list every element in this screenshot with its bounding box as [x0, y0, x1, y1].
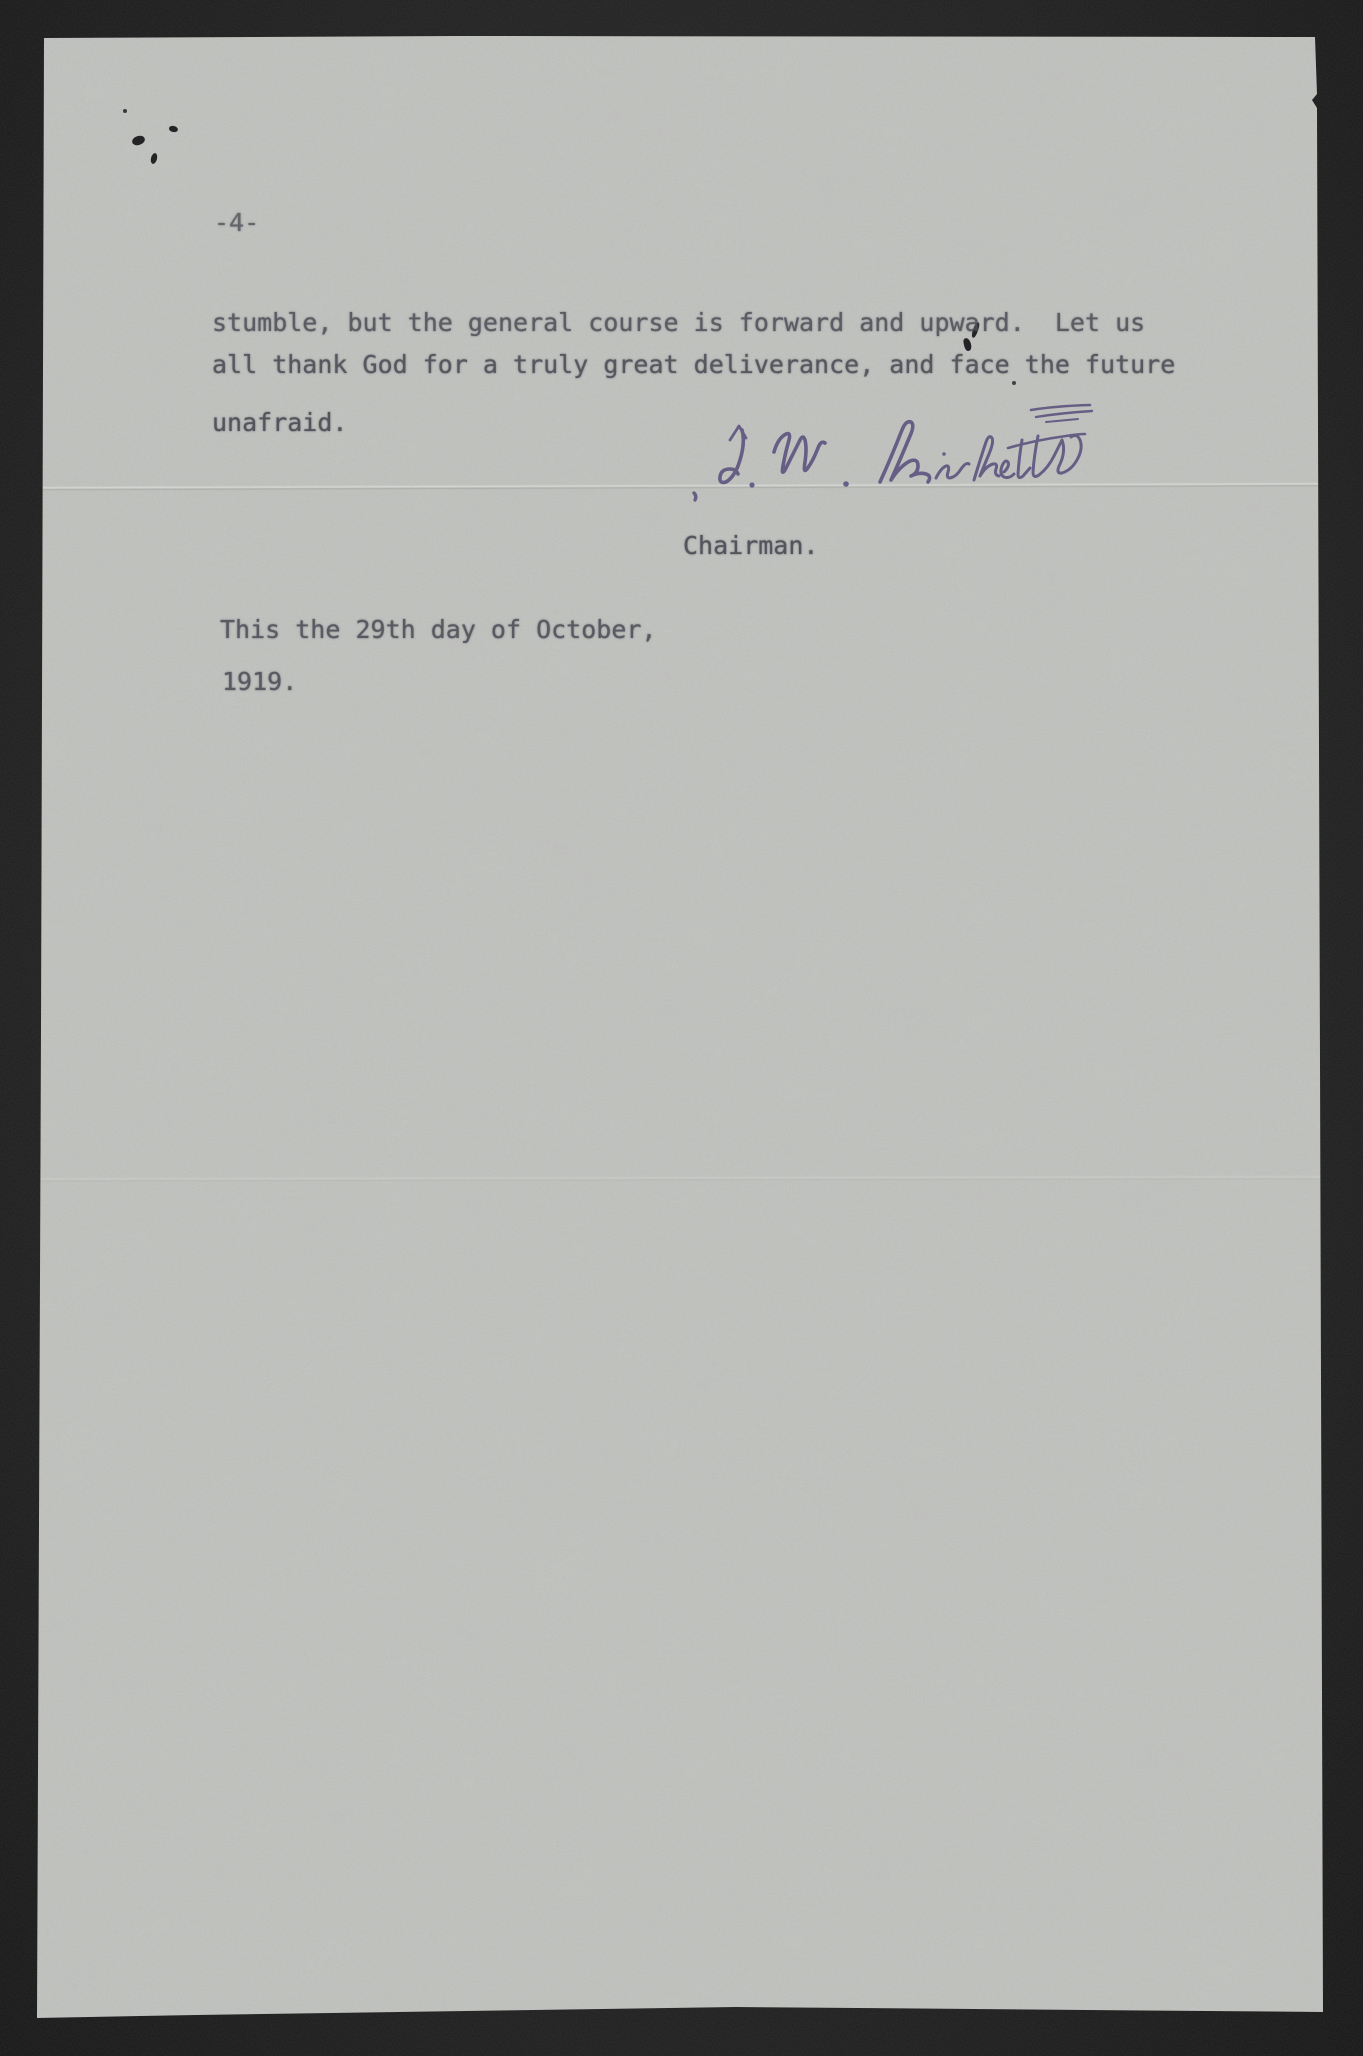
- ink-speck: [123, 109, 127, 113]
- body-line-3: unafraid.: [212, 410, 347, 435]
- scanned-letter-page: -4- stumble, but the general course is f…: [0, 0, 1363, 2056]
- fold-crease-lower: [30, 1175, 1330, 1182]
- handwritten-signature: [686, 396, 1098, 524]
- body-line-1: stumble, but the general course is forwa…: [212, 310, 1145, 335]
- body-line-2: all thank God for a truly great delivera…: [212, 352, 1175, 377]
- ink-blot: [131, 134, 146, 147]
- year-line: 1919.: [222, 669, 297, 694]
- ink-blot: [150, 152, 158, 164]
- date-line: This the 29th day of October,: [220, 617, 657, 642]
- page-number: -4-: [214, 210, 259, 235]
- signature-title: Chairman.: [683, 533, 818, 558]
- fold-crease-upper: [30, 482, 1330, 491]
- ink-blot: [169, 125, 179, 132]
- ink-speck: [1012, 381, 1016, 385]
- paper: -4- stumble, but the general course is f…: [36, 36, 1324, 2019]
